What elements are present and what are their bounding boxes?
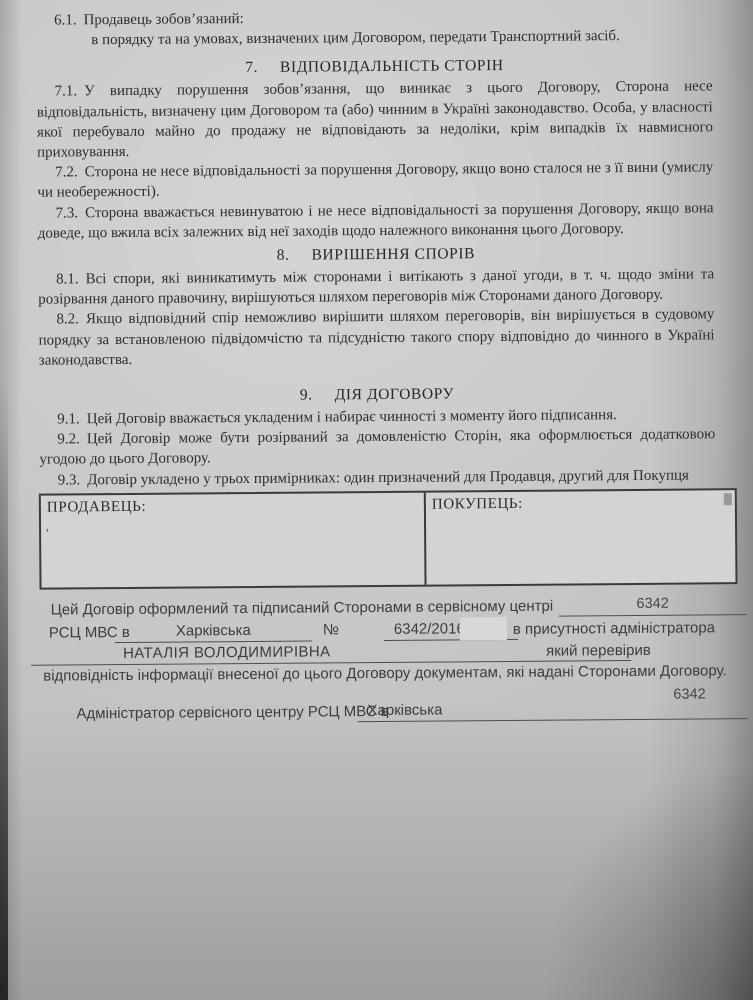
- clause-text: Цей Договір може бути розірваний за домо…: [39, 427, 715, 469]
- clause-number: 8.1.: [56, 271, 79, 287]
- contract-text-column: 6.1.Продавець зобов’язаний: в порядку та…: [36, 5, 716, 536]
- clause-number: 8.2.: [56, 312, 79, 328]
- clause-text: У випадку порушення зобов’язання, що вин…: [37, 79, 713, 161]
- clause-text: Всі спори, які виникатимуть між сторонам…: [38, 266, 714, 308]
- seller-cell: ПРОДАВЕЦЬ: ’: [41, 493, 425, 588]
- section-title: ДІЯ ДОГОВОРУ: [335, 385, 455, 403]
- clause-7-1: 7.1.У випадку порушення зобов’язання, що…: [37, 77, 714, 163]
- section-number: 7.: [245, 59, 258, 76]
- clause-number: 7.2.: [55, 165, 78, 181]
- parties-table: ПРОДАВЕЦЬ: ’ ПОКУПЕЦЬ:: [39, 488, 738, 589]
- redaction-box: [460, 617, 507, 640]
- scan-shadow-left-edge: [0, 380, 8, 1000]
- clause-7-2: 7.2.Сторона не несе відповідальності за …: [37, 158, 713, 204]
- scan-artifact-square: [724, 493, 732, 505]
- section-heading-9: 9.ДІЯ ДОГОВОРУ: [39, 381, 715, 407]
- clause-number: 9.3.: [58, 472, 81, 488]
- clause-text: Якщо відповідний спір неможливо вирішити…: [39, 307, 715, 369]
- section-number: 8.: [277, 247, 290, 264]
- clause-number: 7.1.: [55, 84, 78, 100]
- clause-text: Продавець зобов’язаний:: [84, 11, 244, 28]
- clause-8-1: 8.1.Всі спори, які виникатимуть між стор…: [38, 264, 714, 310]
- section-title: ВИРІШЕННЯ СПОРІВ: [312, 245, 476, 263]
- clause-text: Сторона не несе відповідальності за пору…: [37, 160, 713, 202]
- section-title: ВІДПОВІДАЛЬНІСТЬ СТОРІН: [280, 57, 504, 76]
- number-sign-label: №: [323, 621, 339, 638]
- clause-6-1-subitem: в порядку та на умовах, визначених цим Д…: [36, 26, 712, 52]
- service-center-code-field: 6342: [559, 594, 747, 616]
- section-heading-8: 8.ВИРІШЕННЯ СПОРІВ: [38, 241, 714, 267]
- section-heading-7: 7.ВІДПОВІДАЛЬНІСТЬ СТОРІН: [36, 54, 712, 80]
- administrator-name-field: НАТАЛІЯ ВОЛОДИМИРІВНА: [31, 640, 631, 666]
- scan-shadow-bottom-right: [473, 680, 753, 1000]
- administrator-line-label: Адміністратор сервісного центру РСЦ МВС …: [76, 703, 388, 722]
- clause-number: 6.1.: [54, 12, 77, 28]
- scan-artifact-mark: ’: [45, 526, 49, 542]
- buyer-label: ПОКУПЕЦЬ:: [426, 490, 735, 513]
- clause-number: 9.1.: [57, 411, 80, 427]
- region-field: Харківська: [115, 621, 312, 644]
- registration-line2-suffix: в присутності адміністратора: [513, 619, 715, 638]
- section-number: 9.: [300, 387, 313, 404]
- buyer-cell: ПОКУПЕЦЬ:: [424, 490, 736, 584]
- clause-text: Цей Договір вважається укладеним і набир…: [87, 407, 617, 427]
- registration-line3-suffix: який перевірив: [546, 642, 651, 660]
- seller-label: ПРОДАВЕЦЬ:: [41, 493, 424, 517]
- clause-9-2: 9.2.Цей Договір може бути розірваний за …: [39, 425, 715, 471]
- scanned-contract-page: 6.1.Продавець зобов’язаний: в порядку та…: [0, 0, 753, 1000]
- clause-text: Сторона вважається невинуватою і не несе…: [38, 200, 714, 242]
- clause-text: Договір укладено у трьох примірниках: од…: [87, 467, 689, 488]
- clause-number: 9.2.: [57, 432, 80, 448]
- clause-7-3: 7.3.Сторона вважається невинуватою і не …: [38, 198, 714, 244]
- clause-number: 7.3.: [56, 205, 79, 221]
- registration-line1: Цей Договір оформлений та підписаний Сто…: [51, 598, 554, 619]
- clause-8-2: 8.2.Якщо відповідний спір неможливо вирі…: [38, 305, 714, 371]
